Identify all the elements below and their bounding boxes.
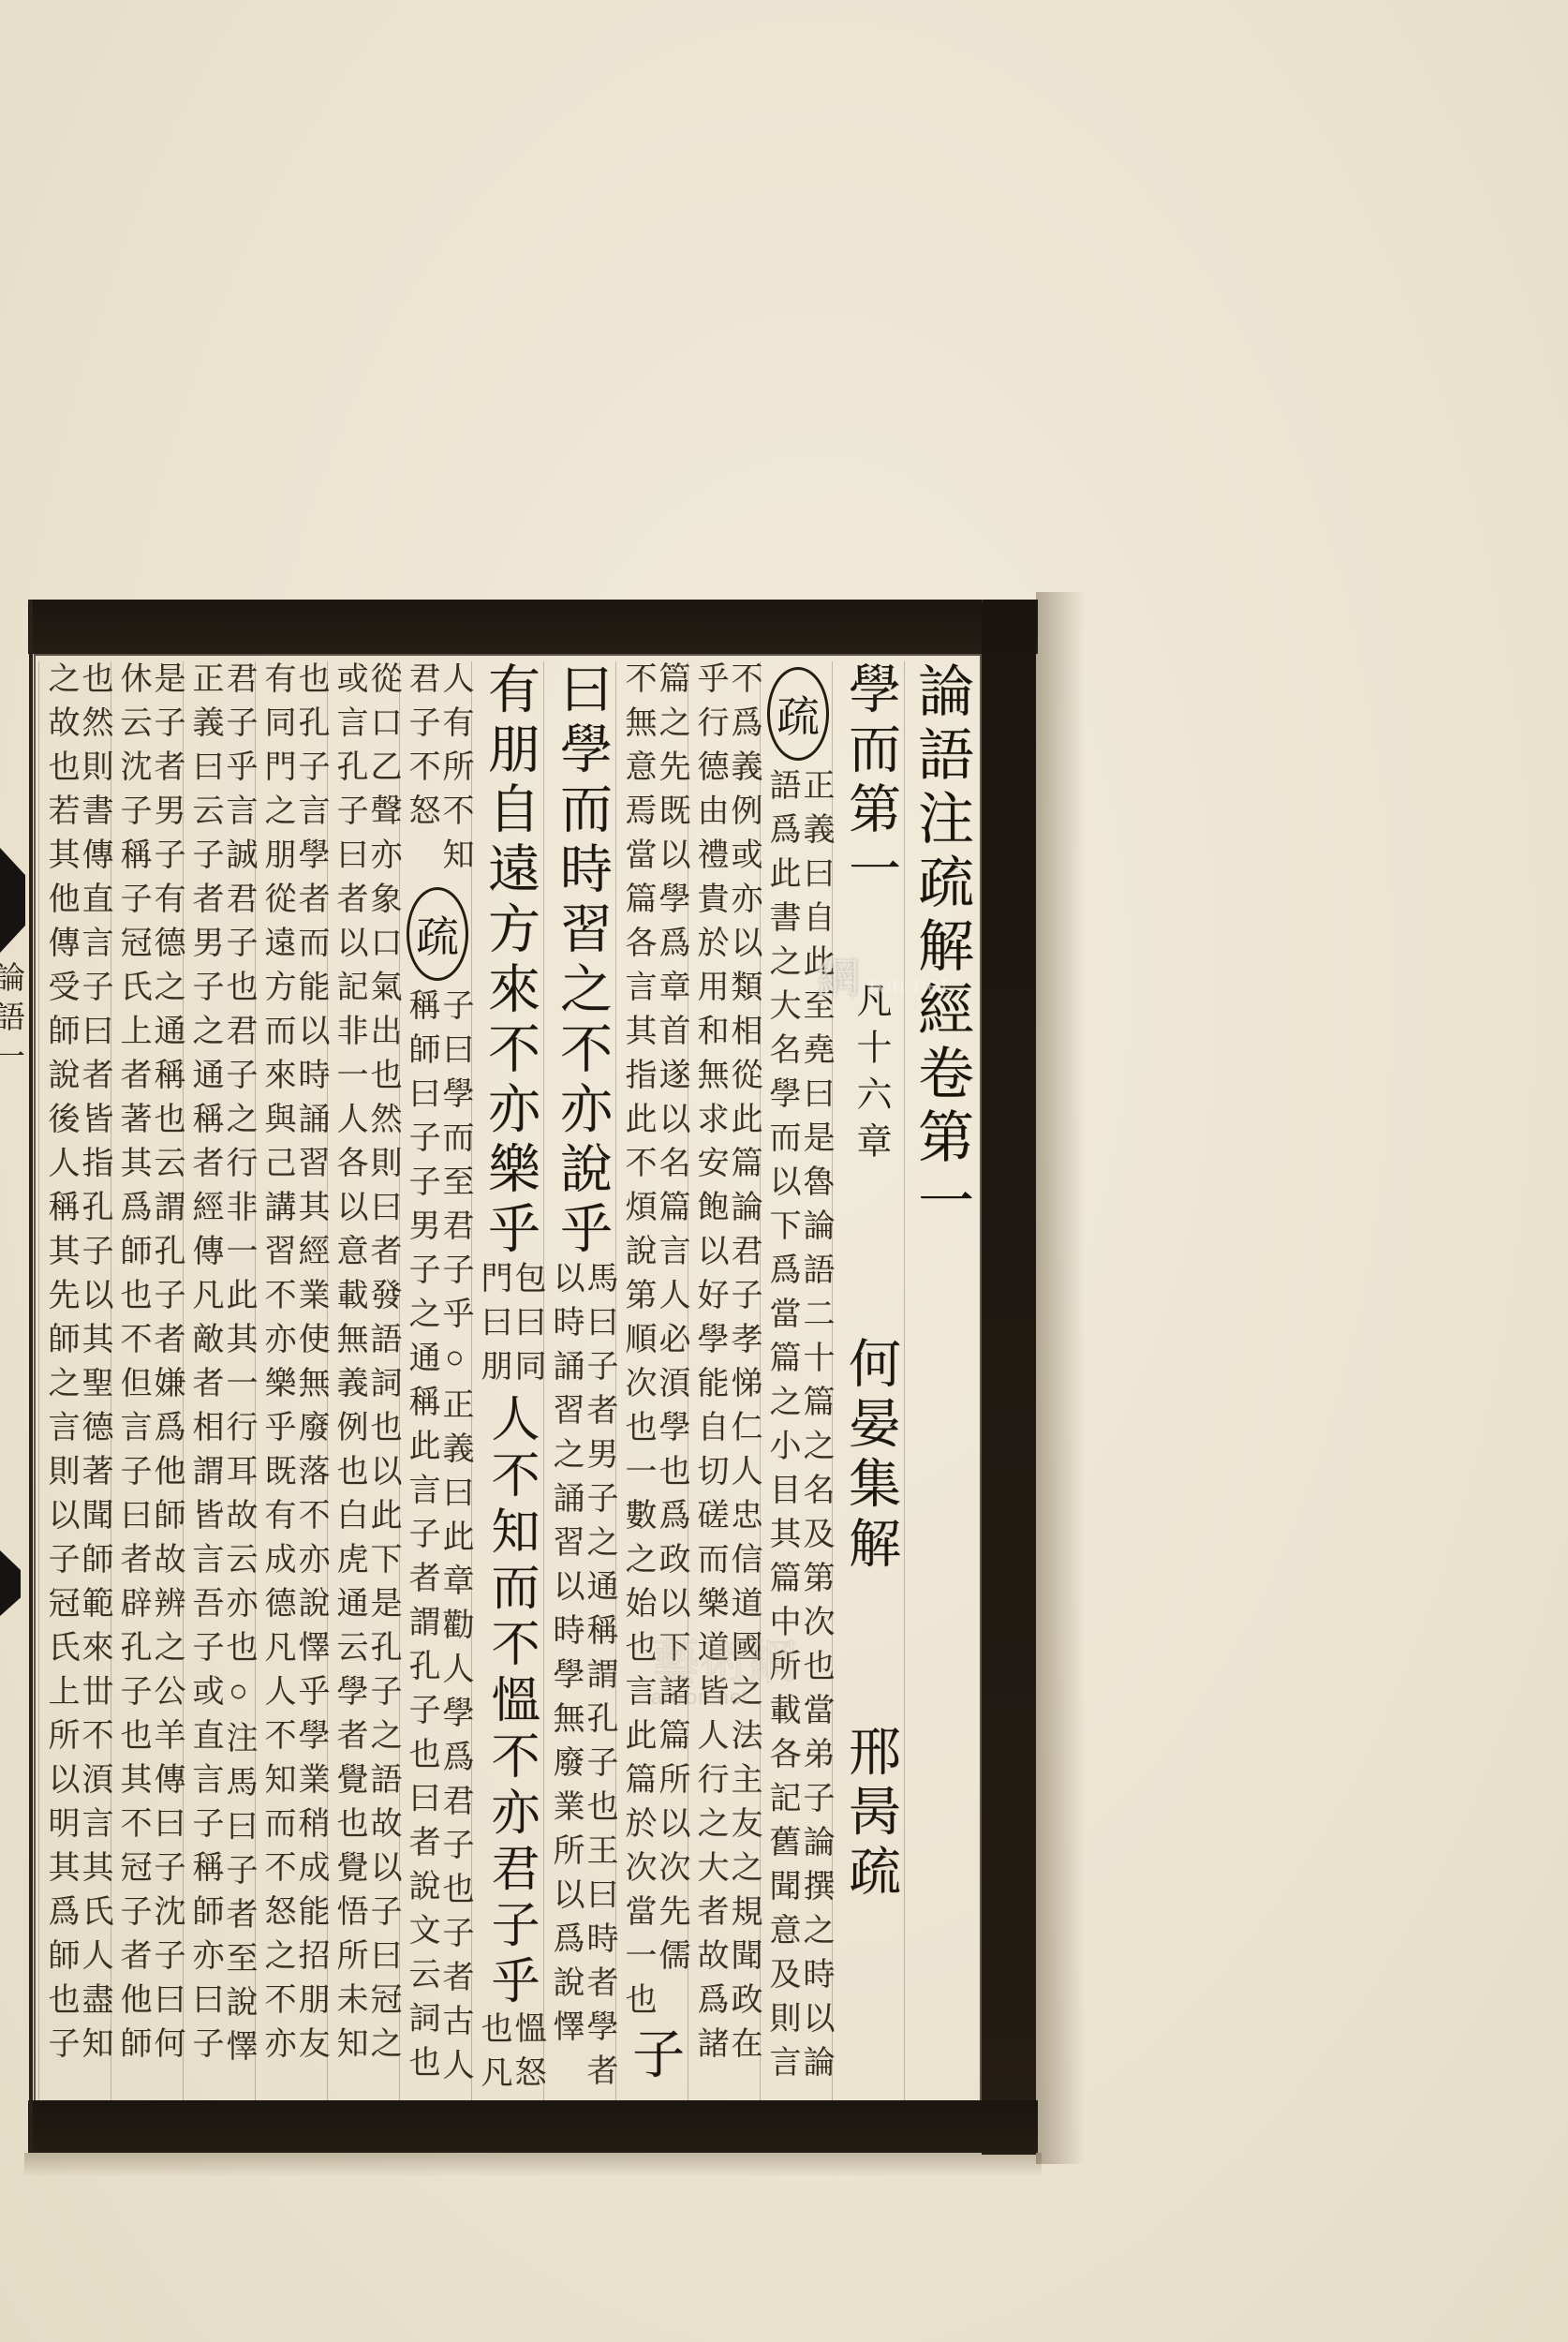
classic-text: 有朋自遠方來不亦樂乎 <box>479 661 544 1261</box>
column-shu-passage-1: 從口乙聲亦象口氣出也然則曰者發語詞也以此下是孔子之語故以子曰冠之或言孔子曰者以記… <box>327 661 400 2106</box>
annotator-text: 何晏集解 <box>839 1336 905 1576</box>
frame-border-left-line <box>29 600 33 2153</box>
commentary-note: 不爲義例或亦以類相從此篇論君子孝悌仁人忠信道國之法主友之規聞政在乎行德由禮貴於用… <box>692 661 761 2070</box>
classic-text: 人不知而不慍不亦君子乎 <box>479 1393 544 2011</box>
chapter-title-text: 學而第一 <box>839 661 905 901</box>
shu-marker-icon: 疏 <box>407 887 468 981</box>
commentary-note: 包曰同門曰朋 <box>476 1261 544 1393</box>
spine-fishtail-lower-icon <box>0 1550 21 1616</box>
commentary-note: 子曰學而至君子乎○正義曰此章勸人學爲君子也子者古人稱師曰子子男子之通稱此言子者謂… <box>404 988 472 2092</box>
commentary-note: 正義曰自此至堯曰是魯論語二十篇之名及第次也當弟子論撰之時以論語爲此書之大名學而以… <box>764 768 833 2089</box>
column-chapter-heading: 學而第一凡十六章何晏集解邢昺疏 <box>832 661 905 2106</box>
column-volume-title: 論語注疏解經卷第一 <box>904 661 977 2106</box>
page-bottom-shadow <box>24 2153 1042 2177</box>
classic-text: 曰學而時習之不亦說乎 <box>551 661 616 1261</box>
column-shu-preface-2: 不爲義例或亦以類相從此篇論君子孝悌仁人忠信道國之法主友之規聞政在乎行德由禮貴於用… <box>688 661 761 2106</box>
commentary-note: 君子乎言誠君子也君子之行非一此其一行耳故云亦也○注馬曰子者至說懌正義曰云子者男子… <box>187 661 256 2073</box>
frame-border-bottom <box>28 2100 1038 2153</box>
spacer <box>897 901 905 982</box>
commentary-note: 慍怒也凡 <box>476 2011 544 2099</box>
chapter-count-text: 凡十六章 <box>836 982 905 1169</box>
commentary-note: 也孔子言學者而能以時誦習其經業使無廢落不亦說懌乎學業稍成能招朋友有同門之朋從遠方… <box>259 661 328 2070</box>
column-shu-passage-5: 也然則書傳直言子曰者皆指孔子以其聖德著聞師範來丗不湏言其氏人盡知之故也若其他傳受… <box>38 661 111 2106</box>
commentary-note: 也然則書傳直言子曰者皆指孔子以其聖德著聞師範來丗不湏言其氏人盡知之故也若其他傳受… <box>43 661 111 2070</box>
column-classic-text-1: 曰學而時習之不亦說乎馬曰子者男子之通稱謂孔子也王曰時者學者以時誦習之誦習以時學無… <box>543 661 616 2106</box>
shu-marker-icon: 疏 <box>767 667 829 761</box>
commentary-note: 人有所不知君子不怒 <box>404 661 472 882</box>
commentary-note: 是子者男子有德之通稱也云謂孔子者嫌爲他師故辨之公羊傳曰子沈子曰何休云沈子稱子冠氏… <box>115 661 184 2070</box>
column-shu-passage-3: 君子乎言誠君子也君子之行非一此其一行耳故云亦也○注馬曰子者至說懌正義曰云子者男子… <box>183 661 256 2106</box>
volume-title-text: 論語注疏解經卷第一 <box>908 661 977 1235</box>
column-classic-text-2: 有朋自遠方來不亦樂乎包曰同門曰朋人不知而不慍不亦君子乎慍怒也凡 <box>471 661 544 2106</box>
spine-fishtail-upper-icon <box>0 848 25 953</box>
page-edge-shadow <box>1036 592 1085 2164</box>
column-shu-passage-2: 也孔子言學者而能以時誦習其經業使無廢落不亦說懌乎學業稍成能招朋友有同門之朋從遠方… <box>255 661 328 2106</box>
frame-border-right <box>982 600 1036 2155</box>
column-shu-passage-4: 是子者男子有德之通稱也云謂孔子者嫌爲他師故辨之公羊傳曰子沈子曰何休云沈子稱子冠氏… <box>111 661 184 2106</box>
subcommentator-text: 邢昺疏 <box>839 1724 905 1904</box>
spine-title-label: 論語一 <box>0 961 29 1079</box>
commentary-note: 馬曰子者男子之通稱謂孔子也王曰時者學者以時誦習之誦習以時學無廢業所以爲說懌 <box>548 1261 616 2097</box>
commentary-note: 篇之先既以學爲章首遂以名篇言人必湏學也爲政以下諸篇所以次先儒不無意焉當篇各言其指… <box>620 661 688 2026</box>
column-shu-preface-1: 疏正義曰自此至堯曰是魯論語二十篇之名及第次也當弟子論撰之時以論語爲此書之大名學而… <box>760 661 833 2106</box>
scanned-book-page: { "page": { "spine_label": "論語一", "shu_m… <box>0 0 1568 2342</box>
column-shu-preface-3-text-start: 篇之先既以學爲章首遂以名篇言人必湏學也爲政以下諸篇所以次先儒不無意焉當篇各言其指… <box>615 661 688 2106</box>
commentary-note: 從口乙聲亦象口氣出也然則曰者發語詞也以此下是孔子之語故以子曰冠之或言孔子曰者以記… <box>332 661 400 2070</box>
classic-text: 子 <box>623 2026 688 2086</box>
spacer <box>897 1169 905 1336</box>
column-note-tail-shu-start: 人有所不知君子不怒疏子曰學而至君子乎○正義曰此章勸人學爲君子也子者古人稱師曰子子… <box>399 661 472 2106</box>
spacer <box>897 1576 905 1724</box>
frame-border-top <box>28 600 1038 654</box>
